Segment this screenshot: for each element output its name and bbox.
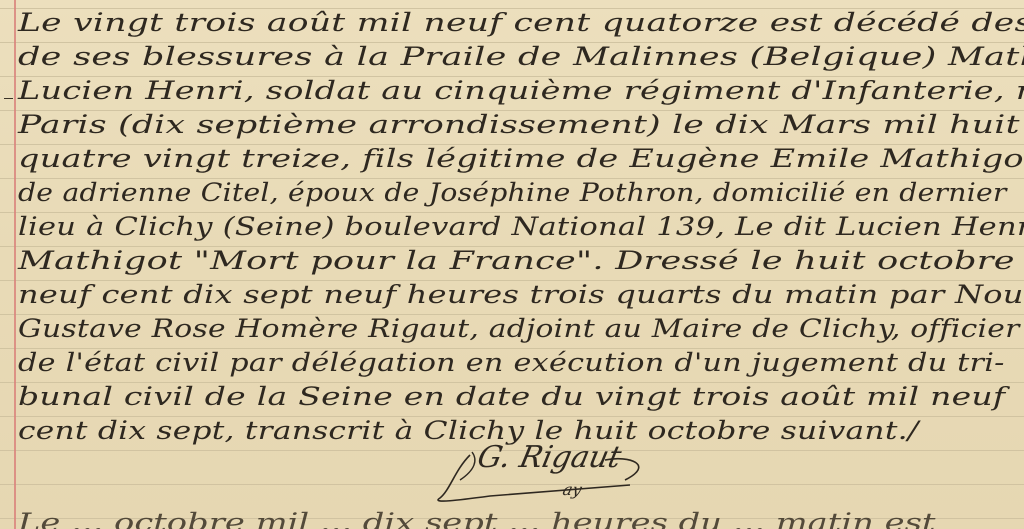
signature-paraph: ay (561, 480, 584, 499)
record-line-8: Mathigot "Mort pour la France". Dressé l… (18, 246, 1024, 275)
record-line-1: Le vingt trois août mil neuf cent quator… (18, 8, 1024, 37)
record-line-6: de adrienne Citel, époux de Joséphine Po… (18, 178, 1007, 207)
record-line-7: lieu à Clichy (Seine) boulevard National… (18, 212, 1024, 241)
record-line-4: Paris (dix septième arrondissement) le d… (18, 110, 1024, 139)
red-margin-line (14, 0, 16, 529)
margin-tick-mark (4, 98, 13, 99)
signature: G. Rigaut (474, 440, 624, 475)
registry-page: Le vingt trois août mil neuf cent quator… (0, 0, 1024, 529)
record-line-12: bunal civil de la Seine en date du vingt… (18, 382, 1005, 411)
record-line-5: quatre vingt treize, fils légitime de Eu… (18, 144, 1024, 173)
record-line-3: Lucien Henri, soldat au cinquième régime… (18, 76, 1024, 105)
record-line-9: neuf cent dix sept neuf heures trois qua… (18, 280, 1024, 309)
record-line-10: Gustave Rose Homère Rigaut, adjoint au M… (18, 314, 1020, 343)
next-entry-partial-line: Le ... octobre mil ... dix sept ... heur… (18, 508, 935, 529)
record-line-2: de ses blessures à la Praile de Malinnes… (18, 42, 1024, 71)
record-line-11: de l'état civil par délégation en exécut… (18, 348, 1005, 377)
